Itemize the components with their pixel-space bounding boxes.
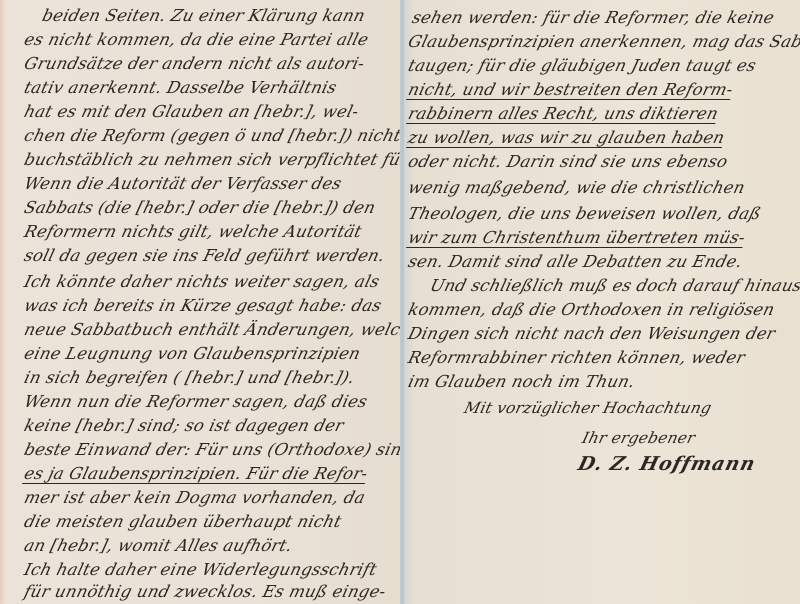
right-line-13: kommen, daß die Orthodoxen in religiösen — [406, 300, 777, 320]
left-line-19: beste Einwand der: Für uns (Orthodoxe) s… — [22, 440, 402, 460]
signature: D. Z. Hoffmann — [576, 454, 758, 474]
left-line-18: keine [hebr.] sind; so ist dagegen der — [22, 416, 346, 436]
left-line-11: soll da gegen sie ins Feld geführt werde… — [22, 246, 387, 266]
right-line-12: Und schließlich muß es doch darauf hinau… — [428, 276, 800, 296]
left-line-4: tativ anerkennt. Dasselbe Verhältnis — [22, 78, 339, 98]
left-line-2: es nicht kommen, da die eine Partei alle — [22, 30, 371, 50]
left-line-8: Wenn die Autorität der Verfasser des — [22, 174, 344, 194]
right-line-16: im Glauben noch im Thun. — [406, 372, 637, 392]
right-line-7: oder nicht. Darin sind sie uns ebenso — [406, 152, 730, 172]
left-line-23: an [hebr.], womit Alles aufhört. — [22, 536, 294, 556]
left-page: beiden Seiten. Zu einer Klärung kann es … — [0, 0, 402, 604]
left-line-3: Grundsätze der andern nicht als autori- — [22, 54, 367, 74]
right-page: sehen werden: für die Reformer, die kein… — [404, 0, 800, 604]
right-line-10: wir zum Christenthum übertreten müs- — [406, 228, 747, 248]
left-line-12: Ich könnte daher nichts weiter sagen, al… — [22, 272, 382, 292]
left-line-1: beiden Seiten. Zu einer Klärung kann — [40, 6, 367, 26]
right-line-11: sen. Damit sind alle Debatten zu Ende. — [406, 252, 744, 272]
left-line-6: chen die Reform (gegen ö und [hebr.]) ni… — [22, 126, 402, 146]
left-line-24: Ich halte daher eine Widerlegungsschrift — [22, 560, 379, 580]
left-line-25: für unnöthig und zwecklos. Es muß einge- — [22, 582, 388, 602]
left-line-17: Wenn nun die Reformer sagen, daß dies — [22, 392, 369, 412]
right-line-6: zu wollen, was wir zu glauben haben — [406, 128, 727, 148]
left-line-21: mer ist aber kein Dogma vorhanden, da — [22, 488, 367, 508]
left-line-20: es ja Glaubensprinzipien. Für die Refor- — [22, 464, 370, 484]
right-line-3: taugen; für die gläubigen Juden taugt es — [406, 56, 758, 76]
right-line-2: Glaubensprinzipien anerkennen, mag das S… — [406, 32, 800, 52]
right-line-14: Dingen sich nicht nach den Weisungen der — [406, 324, 777, 344]
right-line-4: nicht, und wir bestreiten den Reform- — [406, 80, 735, 100]
right-line-9: Theologen, die uns beweisen wollen, daß — [406, 204, 763, 224]
left-line-9: Sabbats (die [hebr.] oder die [hebr.]) d… — [22, 198, 378, 218]
left-line-10: Reformern nichts gilt, welche Autorität — [22, 222, 364, 242]
right-line-15: Reformrabbiner richten können, weder — [406, 348, 747, 368]
salutation: Mit vorzüglicher Hochachtung — [462, 398, 714, 418]
left-line-5: hat es mit den Glauben an [hebr.], wel- — [22, 102, 361, 122]
left-line-15: eine Leugnung von Glaubensprinzipien — [22, 344, 362, 364]
right-line-5: rabbinern alles Recht, uns diktieren — [406, 104, 720, 124]
valediction: Ihr ergebener — [580, 428, 697, 448]
left-line-7: buchstäblich zu nehmen sich verpflichtet… — [22, 150, 402, 170]
left-line-22: die meisten glauben überhaupt nicht — [22, 512, 344, 532]
right-line-1: sehen werden: für die Reformer, die kein… — [410, 8, 776, 28]
right-line-8: wenig maßgebend, wie die christlichen — [406, 178, 747, 198]
left-line-13: was ich bereits in Kürze gesagt habe: da… — [22, 296, 384, 316]
left-line-14: neue Sabbatbuch enthält Änderungen, welc… — [22, 320, 402, 340]
left-line-16: in sich begreifen ( [hebr.] und [hebr.])… — [22, 368, 357, 388]
